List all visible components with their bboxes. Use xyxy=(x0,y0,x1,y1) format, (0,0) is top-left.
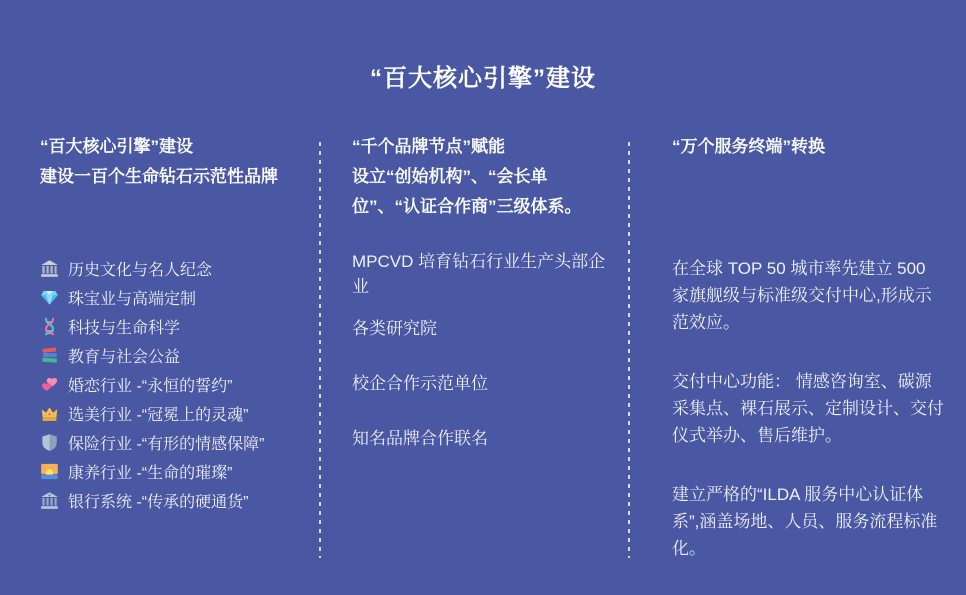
crown-icon xyxy=(40,404,59,423)
gem-icon xyxy=(40,288,59,307)
dna-icon xyxy=(40,317,59,336)
column-ten-thousand-terminals: “万个服务终端”转换 在全球 TOP 50 城市率先建立 500 家旗舰级与标准… xyxy=(672,132,944,594)
list-item: 校企合作示范单位 xyxy=(352,354,614,409)
paragraph: 在全球 TOP 50 城市率先建立 500 家旗舰级与标准级交付中心,形成示范效… xyxy=(672,255,944,336)
list-item-label: 康养行业 -“生命的璀璨” xyxy=(68,460,232,483)
list-item-label: 银行系统 -“传承的硬通货” xyxy=(68,489,248,512)
list-item: 婚恋行业 -“永恒的誓约” xyxy=(40,370,310,399)
sunrise-icon xyxy=(40,462,59,481)
list-item: 历史文化与名人纪念 xyxy=(40,254,310,283)
column-1-subtitle: 建设一百个生命钻石示范性品牌 xyxy=(40,162,310,192)
list-item-label: 保险行业 -“有形的情感保障” xyxy=(68,431,264,454)
column-2-header: “千个品牌节点”赋能 xyxy=(352,132,614,162)
paragraph: 交付中心功能： 情感咨询室、碳源采集点、裸石展示、定制设计、交付仪式举办、售后维… xyxy=(672,368,944,449)
column-3-header: “万个服务终端”转换 xyxy=(672,132,944,162)
shield-icon xyxy=(40,433,59,452)
list-item-label: 历史文化与名人纪念 xyxy=(68,257,212,280)
list-item-label: 珠宝业与高端定制 xyxy=(68,286,196,309)
list-item-label: 婚恋行业 -“永恒的誓约” xyxy=(68,373,232,396)
list-item-label: 选美行业 -“冠冕上的灵魂” xyxy=(68,402,248,425)
page-title: “百大核心引擎”建设 xyxy=(0,58,966,93)
list-item: 康养行业 -“生命的璀璨” xyxy=(40,457,310,486)
list-item: 科技与生命科学 xyxy=(40,312,310,341)
column-hundred-engines: “百大核心引擎”建设 建设一百个生命钻石示范性品牌 历史文化与名人纪念 珠宝业与… xyxy=(40,132,310,515)
list-item: 银行系统 -“传承的硬通货” xyxy=(40,486,310,515)
column-divider-2 xyxy=(628,142,630,558)
list-item: MPCVD 培育钻石行业生产头部企业 xyxy=(352,244,614,299)
list-item-label: 教育与社会公益 xyxy=(68,344,180,367)
list-item: 知名品牌合作联名 xyxy=(352,409,614,464)
node-list: MPCVD 培育钻石行业生产头部企业 各类研究院 校企合作示范单位 知名品牌合作… xyxy=(352,244,614,464)
column-divider-1 xyxy=(319,142,321,558)
list-item: 教育与社会公益 xyxy=(40,341,310,370)
column-1-header: “百大核心引擎”建设 xyxy=(40,132,310,162)
column-2-subtitle: 设立“创始机构”、“会长单位”、“认证合作商”三级体系。 xyxy=(352,162,614,222)
column-thousand-nodes: “千个品牌节点”赋能 设立“创始机构”、“会长单位”、“认证合作商”三级体系。 … xyxy=(352,132,614,464)
list-item: 各类研究院 xyxy=(352,299,614,354)
list-item: 珠宝业与高端定制 xyxy=(40,283,310,312)
brand-list: 历史文化与名人纪念 珠宝业与高端定制 科技与生命科学 教育与社会公益 xyxy=(40,254,310,515)
books-icon xyxy=(40,346,59,365)
list-item: 保险行业 -“有形的情感保障” xyxy=(40,428,310,457)
classical-building-icon xyxy=(40,259,59,278)
two-hearts-icon xyxy=(40,375,59,394)
bank-icon xyxy=(40,491,59,510)
list-item-label: 科技与生命科学 xyxy=(68,315,180,338)
slide: “百大核心引擎”建设 “百大核心引擎”建设 建设一百个生命钻石示范性品牌 历史文… xyxy=(0,0,966,595)
list-item: 选美行业 -“冠冕上的灵魂” xyxy=(40,399,310,428)
paragraph: 建立严格的“ILDA 服务中心认证体系”,涵盖场地、人员、服务流程标准化。 xyxy=(672,481,944,562)
